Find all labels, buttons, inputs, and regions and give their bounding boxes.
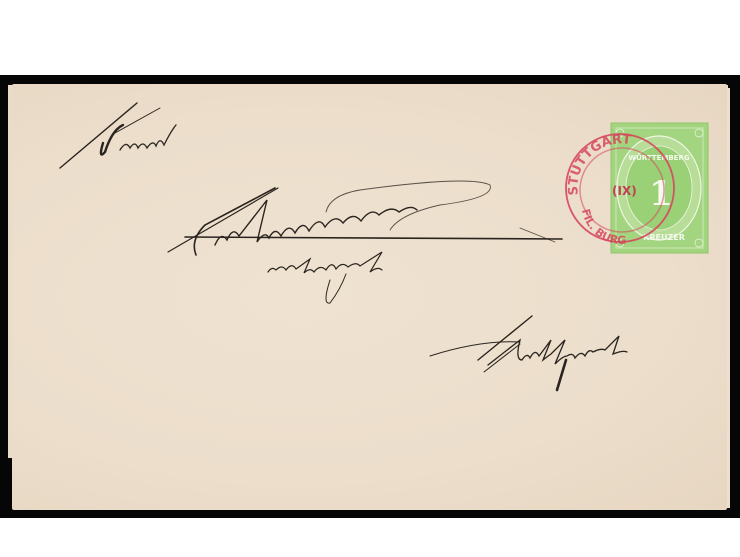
svg-text:WÜRTTEMBERG: WÜRTTEMBERG — [628, 153, 689, 162]
cover-artwork: Königl Oberamtsgericht Stadtdirektion St… — [0, 0, 740, 557]
handwriting-koenigl: Königl — [60, 103, 177, 168]
handwriting-struck-line: Oberamtsgericht — [168, 181, 562, 255]
handwriting-stadtdirektion: Stadtdirektion — [268, 252, 382, 303]
svg-text:(IX): (IX) — [612, 184, 637, 198]
handwriting-stuttgart: Stuttgart — [430, 316, 627, 390]
